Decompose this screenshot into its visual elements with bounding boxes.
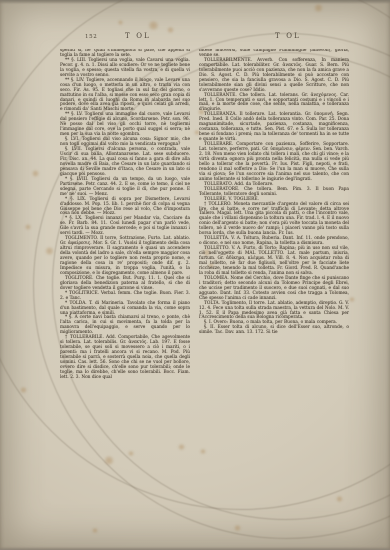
text-block: sperati sì, ne' quali s'immegliora si pa… [60, 49, 349, 437]
paragraph: §. II. Esser tolta di alcuno, si dice de… [199, 326, 349, 336]
paragraph: TOLLERANTE. Che tollera. Lat. tolerans. … [199, 94, 349, 114]
foxing-spot [178, 444, 185, 450]
paragraph: §. LVII. Togliersi d'alcuna persona, o c… [60, 148, 190, 178]
running-head-left: T OL [110, 32, 166, 40]
foxing-spot [92, 528, 98, 533]
foxing-spot [45, 247, 54, 255]
running-head-right: T OL [260, 32, 316, 40]
foxing-spot [32, 170, 39, 177]
paragraph: * §. A certe navi basta chiamarsi al tre… [60, 316, 190, 336]
foxing-spot [118, 20, 123, 25]
paragraph: TOLTA. Toglimento, Il torre. Lat. ablati… [199, 302, 349, 322]
foxing-spot [349, 297, 355, 302]
page-top-edge-shadow [0, 0, 390, 4]
paragraph: ** §. LIII. Togliersi una voglia, vale C… [60, 59, 190, 79]
foxing-spot [25, 224, 31, 230]
foxing-spot [336, 496, 343, 502]
paragraph: † TOLLERABILE. Add. Comportabile, Che ag… [60, 336, 190, 381]
paragraph: TOLOMEA. Nome del Cerchio, dove Dante fi… [199, 277, 349, 302]
paragraph: ** §. LV. Togliersi una immagine dal cuo… [60, 113, 190, 138]
foxing-spot [148, 21, 159, 30]
foxing-spot [104, 456, 114, 465]
right-column: intese muoversi, sulle campagne Fiamming… [199, 49, 349, 437]
paragraph: * §. LIX. Togliersi di sopra per Dismett… [60, 198, 190, 218]
foxing-spot [128, 451, 134, 456]
paragraph: * §. LX. Togliersi innanzi per Mandar vi… [60, 217, 190, 237]
paragraph: * §. LVIII. Togliersi da un tempo, da un… [60, 178, 190, 198]
left-column: sperati sì, ne' quali s'immegliora si pa… [60, 49, 190, 437]
paragraph: TOGLIMENTO. Il torre, Sottrazione, Furto… [60, 237, 190, 277]
paragraph: TOGLITORE. Che toglie. But. Purg. 11. 1.… [60, 277, 190, 292]
foxing-spot [200, 449, 206, 454]
paragraph: TOLLERARE. Comportare con pazienza, Soff… [199, 143, 349, 183]
paragraph: TOLLERANZA. Il tollerare. Lat. toleranti… [199, 113, 349, 143]
paragraph: TOLLETTO. V. A. Furto, di Torto; Rapina;… [199, 247, 349, 277]
foxing-spot [314, 4, 323, 12]
paragraph: TOLLERABILMENTE. Avverb. Con sofferenza,… [199, 59, 349, 94]
paragraph: † TOLLERO. Moneta mercantile d'argento d… [199, 203, 349, 238]
paragraph: ** §. LIV. Togliere, accennando il luogo… [60, 79, 190, 114]
page-number: 152 [85, 34, 97, 40]
foxing-spot [20, 387, 27, 393]
foxing-spot [234, 525, 241, 531]
scanned-page: 152 T OL T OL sperati sì, ne' quali s'im… [0, 0, 390, 550]
foxing-spot [167, 27, 174, 33]
